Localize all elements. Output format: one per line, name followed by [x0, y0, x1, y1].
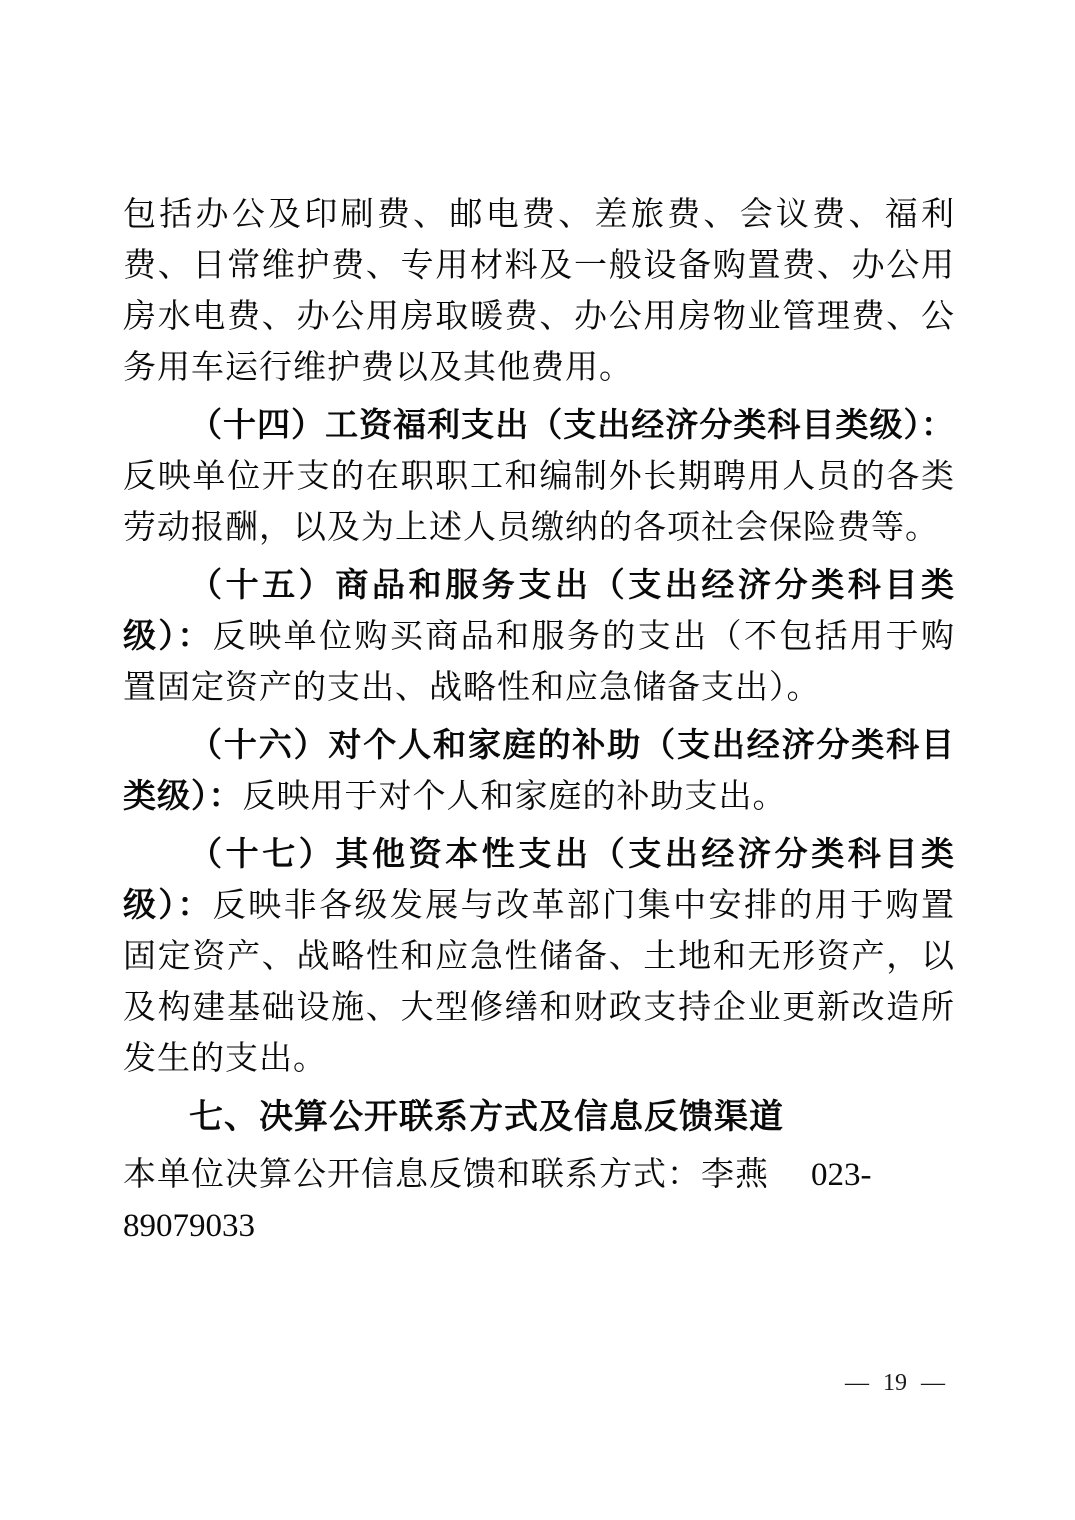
document-page: 包括办公及印刷费、邮电费、差旅费、会议费、福利费、日常维护费、专用材料及一般设备…	[0, 0, 1075, 1520]
contact-label: 本单位决算公开信息反馈和联系方式：	[123, 1157, 701, 1193]
paragraph-item-17: （十七）其他资本性支出（支出经济分类科目类级）：反映非各级发展与改革部门集中安排…	[123, 830, 955, 1085]
paragraph-expense-continuation: 包括办公及印刷费、邮电费、差旅费、会议费、福利费、日常维护费、专用材料及一般设备…	[123, 190, 955, 394]
page-number: —19—	[845, 1368, 945, 1398]
paragraph-item-15: （十五）商品和服务支出（支出经济分类科目类级）：反映单位购买商品和服务的支出（不…	[123, 561, 955, 714]
page-content: 包括办公及印刷费、邮电费、差旅费、会议费、福利费、日常维护费、专用材料及一般设备…	[123, 190, 955, 1259]
contact-name: 李燕	[701, 1157, 769, 1193]
item-16-body: 反映用于对个人和家庭的补助支出。	[243, 779, 787, 815]
paragraph-item-16: （十六）对个人和家庭的补助（支出经济分类科目类级）：反映用于对个人和家庭的补助支…	[123, 721, 955, 823]
item-15-body: 反映单位购买商品和服务的支出（不包括用于购置固定资产的支出、战略性和应急储备支出…	[123, 619, 955, 706]
item-14-body: 反映单位开支的在职职工和编制外长期聘用人员的各类劳动报酬，以及为上述人员缴纳的各…	[123, 459, 955, 546]
section-heading: 七、决算公开联系方式及信息反馈渠道	[123, 1092, 955, 1143]
item-14-lead: （十四）工资福利支出（支出经济分类科目类级）：	[189, 408, 955, 444]
page-number-dash-left: —	[845, 1370, 869, 1396]
paragraph-item-14: （十四）工资福利支出（支出经济分类科目类级）：反映单位开支的在职职工和编制外长期…	[123, 401, 955, 554]
page-number-value: 19	[869, 1370, 921, 1396]
page-number-dash-right: —	[921, 1370, 945, 1396]
item-17-body: 反映非各级发展与改革部门集中安排的用于购置固定资产、战略性和应急性储备、土地和无…	[123, 888, 955, 1077]
contact-line: 本单位决算公开信息反馈和联系方式：李燕023-89079033	[123, 1150, 955, 1252]
